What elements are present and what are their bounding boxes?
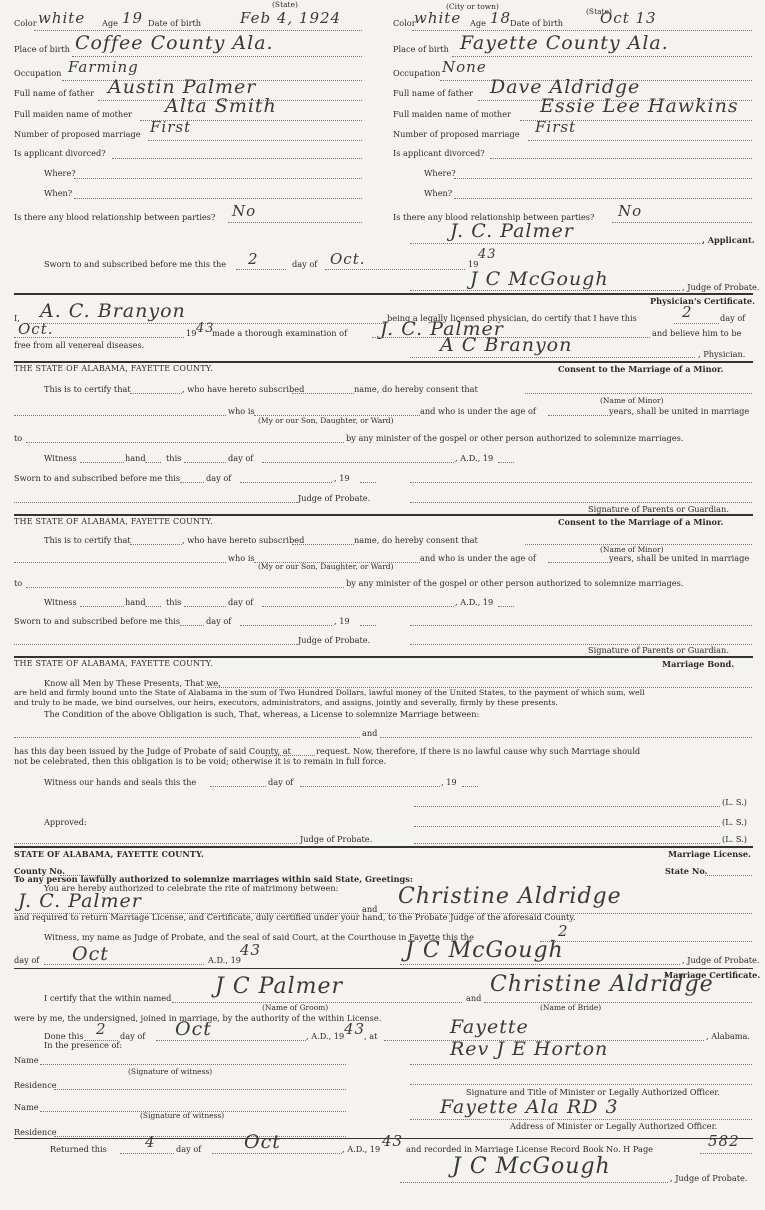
consent1-l2c: years, shall be united in marriage <box>609 406 749 416</box>
bride-marriage-num-label: Number of proposed marriage <box>393 129 520 139</box>
consent2-w3: this <box>166 597 181 607</box>
license-ad: A.D., 19 <box>208 955 241 965</box>
groom-dob-value[interactable]: Feb 4, 1924 <box>240 9 341 27</box>
consent2-l2b: and who is under the age of <box>420 553 536 563</box>
certificate-address[interactable]: Fayette Ala RD 3 <box>440 1096 619 1118</box>
certificate-at: , at <box>364 1031 377 1041</box>
groom-blood-label: Is there any blood relationship between … <box>14 212 215 222</box>
returned-judge-signature[interactable]: J C McGough <box>452 1154 611 1179</box>
consent2-s2: day of <box>206 616 231 626</box>
divider <box>14 514 753 516</box>
bride-where-label: Where? <box>424 168 456 178</box>
groom-divorced-label: Is applicant divorced? <box>14 148 106 158</box>
license-month[interactable]: Oct <box>72 943 109 965</box>
consent1-s1: Sworn to and subscribed before me this <box>14 473 180 483</box>
groom-when-label: When? <box>44 188 72 198</box>
applicant-label: , Applicant. <box>702 235 755 245</box>
license-judge-label: , Judge of Probate. <box>682 955 759 965</box>
returned-ad: , A.D., 19 <box>342 1144 380 1154</box>
sworn-day-of: day of <box>292 259 317 269</box>
bond-state: THE STATE OF ALABAMA, FAYETTE COUNTY. <box>14 659 213 668</box>
groom-where-label: Where? <box>44 168 76 178</box>
physician-signature[interactable]: A C Branyon <box>440 334 572 356</box>
certificate-residence-label-1: Residence <box>14 1080 57 1090</box>
divider <box>14 361 753 363</box>
bond-approved: Approved: <box>44 817 87 827</box>
bride-mother-value[interactable]: Essie Lee Hawkins <box>540 95 739 117</box>
certificate-minister[interactable]: Rev J E Horton <box>450 1038 608 1060</box>
consent1-judge: Judge of Probate. <box>298 493 370 503</box>
physician-text2: made a thorough examination of <box>212 328 347 338</box>
groom-state-caption: (State) <box>272 0 298 9</box>
bond-ls-3: (L. S.) <box>722 834 747 844</box>
returned-day-of: day of <box>176 1144 201 1154</box>
bride-marriage-num-value[interactable]: First <box>535 118 576 136</box>
sworn-judge-label: , Judge of Probate. <box>682 282 759 292</box>
consent2-w2: hand <box>125 597 146 607</box>
consent1-l3b: by any minister of the gospel or other p… <box>346 433 683 443</box>
bond-ls-2: (L. S.) <box>722 817 747 827</box>
consent1-sig: Signature of Parents or Guardian. <box>588 504 729 514</box>
bond-ls-1: (L. S.) <box>722 797 747 807</box>
certificate-certify: I certify that the within named <box>44 993 171 1003</box>
sworn-year[interactable]: 43 <box>478 247 497 262</box>
certificate-residence-label-2: Residence <box>14 1127 57 1137</box>
bride-pob-value[interactable]: Fayette County Ala. <box>460 32 669 54</box>
consent1-title: Consent to the Marriage of a Minor. <box>558 364 723 374</box>
sworn-text: Sworn to and subscribed before me this t… <box>44 259 226 269</box>
consent2-s3: , 19 <box>334 616 350 626</box>
bride-color-label: Color <box>393 18 416 28</box>
consent1-l2a: who is <box>228 406 255 416</box>
physician-title: Physician's Certificate. <box>650 296 755 306</box>
bride-father-label: Full name of father <box>393 88 473 98</box>
bride-mother-label: Full maiden name of mother <box>393 109 511 119</box>
groom-age-label: Age <box>102 18 118 28</box>
sworn-judge-signature[interactable]: J C McGough <box>470 268 609 290</box>
returned-text: Returned this <box>50 1144 107 1154</box>
returned-day[interactable]: 4 <box>145 1133 156 1151</box>
physician-day-of: day of <box>720 313 745 323</box>
certificate-witness-sig-1: (Signature of witness) <box>128 1067 212 1076</box>
bride-pob-label: Place of birth <box>393 44 449 54</box>
returned-year[interactable]: 43 <box>382 1132 403 1150</box>
certificate-alabama: , Alabama. <box>706 1031 750 1041</box>
applicant-signature[interactable]: J. C. Palmer <box>450 220 574 242</box>
certificate-day-of: day of <box>120 1031 145 1041</box>
returned-month[interactable]: Oct <box>244 1131 281 1153</box>
bond-p2: are held and firmly bound unto the State… <box>14 688 645 697</box>
consent2-l3b: by any minister of the gospel or other p… <box>346 578 683 588</box>
license-judge-signature[interactable]: J C McGough <box>405 938 564 963</box>
groom-pob-label: Place of birth <box>14 44 70 54</box>
consent1-w4: day of <box>228 453 253 463</box>
consent1-w2: hand <box>125 453 146 463</box>
groom-father-label: Full name of father <box>14 88 94 98</box>
license-title: Marriage License. <box>668 849 751 859</box>
license-required: and required to return Marriage License,… <box>14 912 575 922</box>
bond-p3: and truly to be made, we bind ourselves,… <box>14 698 558 707</box>
consent2-title: Consent to the Marriage of a Minor. <box>558 517 723 527</box>
certificate-ad: , A.D., 19 <box>306 1031 344 1041</box>
bond-p5b: request. Now, therefore, if there is no … <box>316 746 640 756</box>
consent1-w1: Witness <box>44 453 77 463</box>
license-state: STATE OF ALABAMA, FAYETTE COUNTY. <box>14 849 204 859</box>
consent1-relation: (My or our Son, Daughter, or Ward) <box>258 416 394 425</box>
groom-color-value[interactable]: white <box>38 9 85 27</box>
consent1-l1b: , who have hereto subscribed <box>182 384 304 394</box>
consent2-judge: Judge of Probate. <box>298 635 370 645</box>
certificate-groom[interactable]: J C Palmer <box>215 974 343 999</box>
license-bride[interactable]: Christine Aldridge <box>398 884 622 909</box>
consent2-state: THE STATE OF ALABAMA, FAYETTE COUNTY. <box>14 517 213 526</box>
bond-p6: not be celebrated, then this obligation … <box>14 756 386 766</box>
certificate-bride[interactable]: Christine Aldridge <box>490 972 714 997</box>
bond-judge: Judge of Probate. <box>300 834 372 844</box>
consent1-w5: , A.D., 19 <box>455 453 493 463</box>
certificate-address-label: Address of Minister or Legally Authorize… <box>510 1121 717 1131</box>
consent1-l1c: name, do hereby consent that <box>354 384 478 394</box>
groom-color-label: Color <box>14 18 37 28</box>
consent2-w1: Witness <box>44 597 77 607</box>
certificate-month[interactable]: Oct <box>175 1018 212 1040</box>
physician-month[interactable]: Oct. <box>18 320 54 338</box>
groom-marriage-num-label: Number of proposed marriage <box>14 129 141 139</box>
bride-divorced-label: Is applicant divorced? <box>393 148 485 158</box>
divider <box>14 846 753 848</box>
consent1-l2b: and who is under the age of <box>420 406 536 416</box>
groom-blood-value[interactable]: No <box>232 202 256 220</box>
groom-mother-label: Full maiden name of mother <box>14 109 132 119</box>
consent2-l1a: This is to certify that <box>44 535 131 545</box>
certificate-groom-label: (Name of Groom) <box>262 1003 328 1012</box>
bond-p1: Know all Men by These Presents, That we, <box>44 678 221 688</box>
license-day-of: day of <box>14 955 39 965</box>
consent2-sig: Signature of Parents or Guardian. <box>588 645 729 655</box>
consent2-l1c: name, do hereby consent that <box>354 535 478 545</box>
consent2-w5: , A.D., 19 <box>455 597 493 607</box>
consent1-l3a: to <box>14 433 22 443</box>
bond-title: Marriage Bond. <box>662 659 734 669</box>
certificate-day[interactable]: 2 <box>96 1020 107 1038</box>
physician-day[interactable]: 2 <box>682 303 693 321</box>
bond-year: , 19 <box>441 777 457 787</box>
consent1-s2: day of <box>206 473 231 483</box>
certificate-place[interactable]: Fayette <box>450 1016 529 1038</box>
bride-age-label: Age <box>470 18 486 28</box>
divider <box>14 968 753 969</box>
certificate-name-label-2: Name <box>14 1102 39 1112</box>
license-state-no: State No. <box>665 866 708 876</box>
consent1-w3: this <box>166 453 181 463</box>
divider <box>14 656 753 658</box>
license-year[interactable]: 43 <box>240 941 261 959</box>
groom-pob-value[interactable]: Coffee County Ala. <box>75 32 274 54</box>
bride-dob-label: Date of birth <box>510 18 563 28</box>
consent2-l2a: who is <box>228 553 255 563</box>
bond-day-of: day of <box>268 777 293 787</box>
bride-color-value[interactable]: white <box>414 9 461 27</box>
consent2-l3a: to <box>14 578 22 588</box>
physician-text3: and believe him to be <box>652 328 741 338</box>
consent2-relation: (My or our Son, Daughter, or Ward) <box>258 562 394 571</box>
groom-age-value[interactable]: 19 <box>122 9 143 27</box>
returned-page[interactable]: 582 <box>708 1132 740 1150</box>
license-groom[interactable]: J. C. Palmer <box>18 890 142 912</box>
physician-name[interactable]: A. C. Branyon <box>40 300 186 322</box>
bond-and: and <box>362 728 377 738</box>
physician-year-prefix: 19 <box>186 328 196 338</box>
certificate-year[interactable]: 43 <box>344 1020 365 1038</box>
bond-witness: Witness our hands and seals this the <box>44 777 196 787</box>
certificate-presence: In the presence of: <box>44 1040 122 1050</box>
consent1-name-minor: (Name of Minor) <box>600 396 664 405</box>
consent1-l1a: This is to certify that <box>44 384 131 394</box>
certificate-name-label-1: Name <box>14 1055 39 1065</box>
returned-judge-label: , Judge of Probate. <box>670 1173 747 1183</box>
consent2-l1b: , who have hereto subscribed <box>182 535 304 545</box>
sworn-month[interactable]: Oct. <box>330 250 366 268</box>
groom-dob-label: Date of birth <box>148 18 201 28</box>
groom-mother-value[interactable]: Alta Smith <box>165 95 277 117</box>
groom-occupation-value[interactable]: Farming <box>68 58 139 76</box>
bride-occupation-value[interactable]: None <box>442 58 487 76</box>
certificate-and: and <box>466 993 481 1003</box>
bond-p4: The Condition of the above Obligation is… <box>44 709 479 719</box>
bride-when-label: When? <box>424 188 452 198</box>
groom-marriage-num-value[interactable]: First <box>150 118 191 136</box>
bride-occupation-label: Occupation <box>393 68 440 78</box>
certificate-witness-sig-2: (Signature of witness) <box>140 1111 224 1120</box>
consent2-l2c: years, shall be united in marriage <box>609 553 749 563</box>
physician-text4: free from all venereal diseases. <box>14 340 144 350</box>
certificate-bride-label: (Name of Bride) <box>540 1003 601 1012</box>
physician-sig-label: , Physician. <box>698 349 745 359</box>
sworn-day[interactable]: 2 <box>248 250 259 268</box>
bride-blood-value[interactable]: No <box>618 202 642 220</box>
bond-p5a: has this day been issued by the Judge of… <box>14 746 291 756</box>
bride-dob-value[interactable]: Oct 13 <box>600 9 657 27</box>
bride-age-value[interactable]: 18 <box>490 9 511 27</box>
groom-occupation-label: Occupation <box>14 68 61 78</box>
consent1-state: THE STATE OF ALABAMA, FAYETTE COUNTY. <box>14 364 213 373</box>
consent1-s3: , 19 <box>334 473 350 483</box>
consent2-w4: day of <box>228 597 253 607</box>
returned-recorded: and recorded in Marriage License Record … <box>406 1144 653 1154</box>
divider <box>14 293 753 295</box>
consent2-s1: Sworn to and subscribed before me this <box>14 616 180 626</box>
